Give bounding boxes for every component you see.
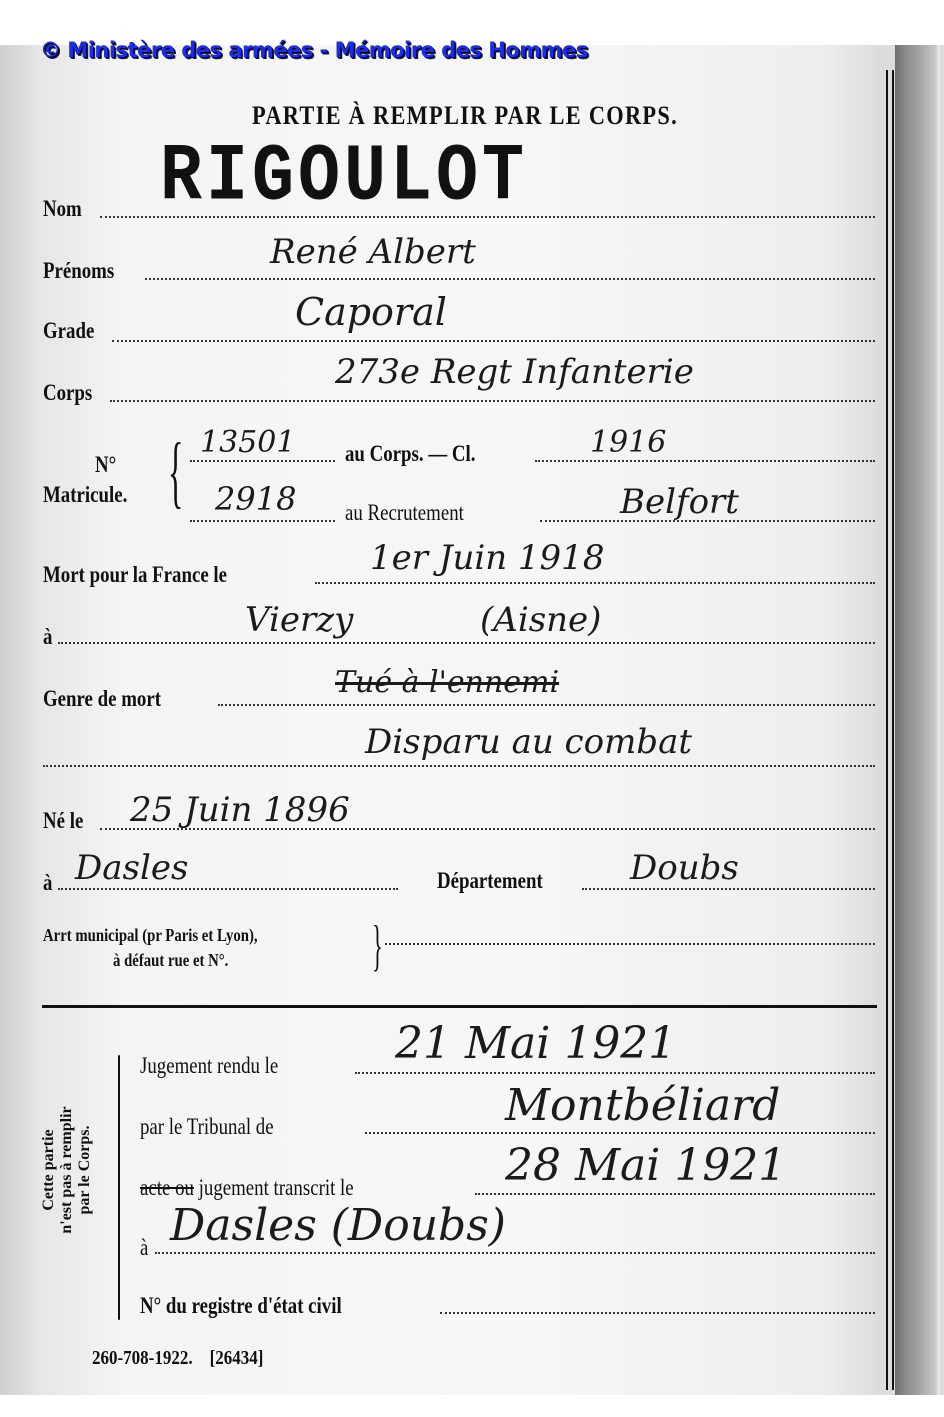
transcription-lieu-value: Dasles (Doubs)	[170, 1200, 506, 1251]
registre-line	[440, 1312, 875, 1314]
mort-label: Mort pour la France le	[43, 562, 227, 588]
arrondissement-label-2: à défaut rue et N°.	[113, 950, 228, 971]
jugement-rendu-line	[355, 1072, 875, 1074]
section-divider	[42, 1005, 877, 1008]
recrutement-value: Belfort	[620, 482, 739, 522]
side-note-line-2: n'est pas à remplir	[58, 1080, 76, 1260]
prenoms-value: René Albert	[270, 232, 476, 272]
binding-edge	[895, 45, 940, 1395]
acte-ou-struck: acte ou	[140, 1175, 194, 1200]
corps-number-value: 13501	[200, 425, 295, 460]
registre-label: N° du registre d'état civil	[140, 1293, 342, 1319]
au-corps-label: au Corps. — Cl.	[345, 441, 475, 467]
side-note: Cette partie n'est pas à remplir par le …	[40, 1080, 94, 1260]
arrondissement-brace: }	[372, 918, 383, 974]
lieu-deces-value: Vierzy	[245, 600, 353, 640]
grade-line	[112, 340, 875, 342]
border-rule-2	[892, 70, 894, 1390]
matricule-brace: {	[168, 432, 183, 512]
naissance-label: Né le	[43, 808, 83, 834]
border-rule-1	[886, 70, 888, 1390]
prenoms-label: Prénoms	[43, 258, 114, 284]
genre-mort-line	[218, 704, 875, 706]
jugement-rendu-value: 21 Mai 1921	[395, 1018, 676, 1069]
side-bracket	[118, 1055, 120, 1320]
lieu-naissance-line	[58, 888, 398, 890]
arrondissement-label-1: Arrt municipal (pr Paris et Lyon),	[43, 925, 258, 946]
transcrit-line	[475, 1193, 875, 1195]
grade-value: Caporal	[295, 290, 447, 334]
matricule-label: Matricule.	[43, 482, 127, 508]
print-code: 260-708-1922.	[92, 1347, 193, 1369]
corps-label: Corps	[43, 380, 92, 406]
arrondissement-line	[385, 943, 875, 945]
transcription-lieu-line	[155, 1252, 875, 1254]
transcrit-label-row: acte ou jugement transcrit le	[140, 1175, 354, 1201]
side-note-line-1: Cette partie	[40, 1080, 58, 1260]
departement-line	[582, 888, 875, 890]
classe-line	[535, 460, 875, 462]
genre-mort-line-2	[43, 765, 875, 767]
grade-label: Grade	[43, 318, 94, 344]
lieu-naissance-label: à	[43, 870, 52, 896]
genre-mort-struck-value: Tué à l'ennemi	[335, 665, 559, 700]
genre-mort-label: Genre de mort	[43, 686, 161, 712]
naissance-value: 25 Juin 1896	[130, 790, 350, 830]
genre-mort-value: Disparu au combat	[365, 722, 692, 762]
recrutement-number-value: 2918	[215, 480, 296, 518]
mort-value: 1er Juin 1918	[370, 538, 604, 578]
copyright-watermark: © Ministère des armées - Mémoire des Hom…	[40, 38, 588, 62]
lieu-naissance-value: Dasles	[75, 848, 188, 888]
recrutement-number-line	[190, 520, 335, 522]
nom-label: Nom	[43, 196, 82, 222]
corps-value: 273e Regt Infanterie	[335, 352, 694, 392]
transcrit-value: 28 Mai 1921	[505, 1140, 786, 1191]
au-recrutement-label: au Recrutement	[345, 500, 464, 526]
print-ref: [26434]	[210, 1347, 264, 1369]
lieu-deces-region: (Aisne)	[480, 600, 601, 640]
tribunal-label: par le Tribunal de	[140, 1114, 274, 1140]
transcription-lieu-label: à	[140, 1235, 148, 1261]
departement-label: Département	[437, 868, 543, 894]
departement-value: Doubs	[630, 848, 739, 888]
tribunal-value: Montbéliard	[505, 1080, 780, 1131]
transcrit-label: jugement transcrit le	[199, 1175, 354, 1200]
mort-line	[315, 582, 875, 584]
no-label: N°	[95, 452, 116, 478]
corps-number-line	[190, 460, 335, 462]
prenoms-line	[145, 278, 875, 280]
jugement-rendu-label: Jugement rendu le	[140, 1053, 278, 1079]
side-note-line-3: par le Corps.	[76, 1080, 94, 1260]
form-heading: PARTIE À REMPLIR PAR LE CORPS.	[65, 101, 865, 131]
classe-value: 1916	[590, 425, 666, 460]
corps-line	[110, 400, 875, 402]
tribunal-line	[365, 1132, 875, 1134]
lieu-deces-label: à	[43, 624, 52, 650]
lieu-deces-line	[58, 642, 875, 644]
nom-value: RIGOULOT	[160, 133, 528, 224]
print-footer: 260-708-1922. [26434]	[92, 1347, 263, 1370]
